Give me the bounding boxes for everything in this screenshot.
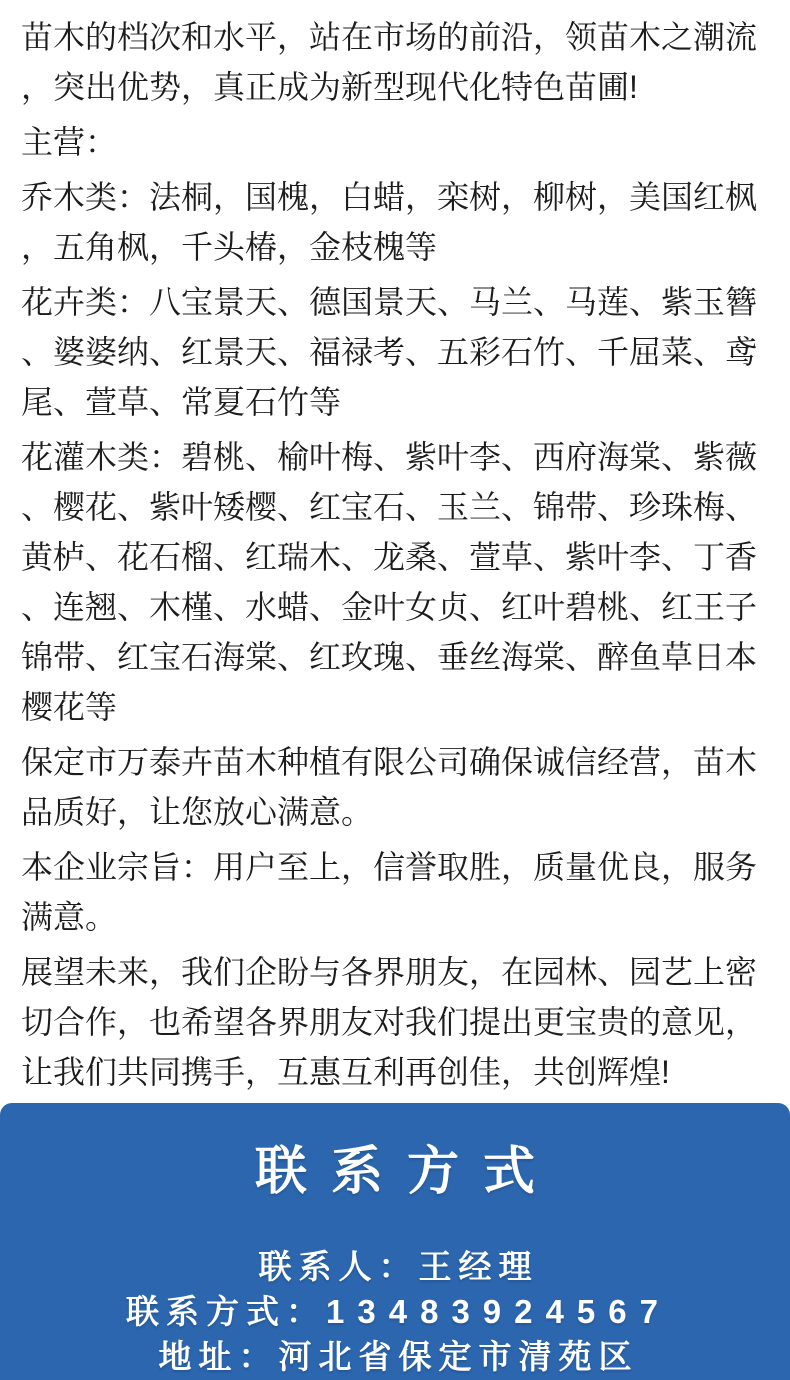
flowers-paragraph: 花卉类：八宝景天、德国景天、马兰、马莲、紫玉簪、婆婆纳、红景天、福禄考、五彩石竹… [21, 277, 769, 427]
contact-phone-value: 13483924567 [326, 1293, 671, 1330]
integrity-promise-paragraph: 保定市万泰卉苗木种植有限公司确保诚信经营，苗木品质好，让您放心满意。 [21, 737, 769, 837]
contact-section-title: 联系方式 [0, 1103, 790, 1204]
contact-lines: 联系人：王经理 联系方式：13483924567 地址：河北省保定市清苑区 [0, 1244, 790, 1379]
contact-person-label: 联系人： [259, 1248, 419, 1285]
contact-phone-label: 联系方式： [126, 1293, 326, 1330]
contact-address-label: 地址： [159, 1338, 279, 1375]
company-purpose-paragraph: 本企业宗旨：用户至上，信誉取胜，质量优良，服务满意。 [21, 842, 769, 942]
contact-person-value: 王经理 [419, 1248, 539, 1285]
arbor-trees-paragraph: 乔木类：法桐，国槐，白蜡，栾树，柳树，美国红枫，五角枫，千头椿，金枝槐等 [21, 172, 769, 272]
future-outlook-paragraph: 展望未来，我们企盼与各界朋友，在园林、园艺上密切合作，也希望各界朋友对我们提出更… [21, 947, 769, 1097]
contact-address-value: 河北省保定市清苑区 [279, 1338, 639, 1375]
contact-person-line: 联系人：王经理 [0, 1244, 790, 1289]
contact-address-line: 地址：河北省保定市清苑区 [0, 1334, 790, 1379]
contact-phone-line: 联系方式：13483924567 [0, 1289, 790, 1334]
company-introduction: 苗木的档次和水平，站在市场的前沿，领苗木之潮流，突出优势，真正成为新型现代化特色… [0, 0, 790, 1097]
intro-paragraph: 苗木的档次和水平，站在市场的前沿，领苗木之潮流，突出优势，真正成为新型现代化特色… [21, 12, 769, 112]
main-business-label: 主营： [21, 117, 769, 167]
contact-panel: 联系方式 联系人：王经理 联系方式：13483924567 地址：河北省保定市清… [0, 1103, 790, 1380]
flowering-shrubs-paragraph: 花灌木类：碧桃、榆叶梅、紫叶李、西府海棠、紫薇、樱花、紫叶矮樱、红宝石、玉兰、锦… [21, 432, 769, 732]
